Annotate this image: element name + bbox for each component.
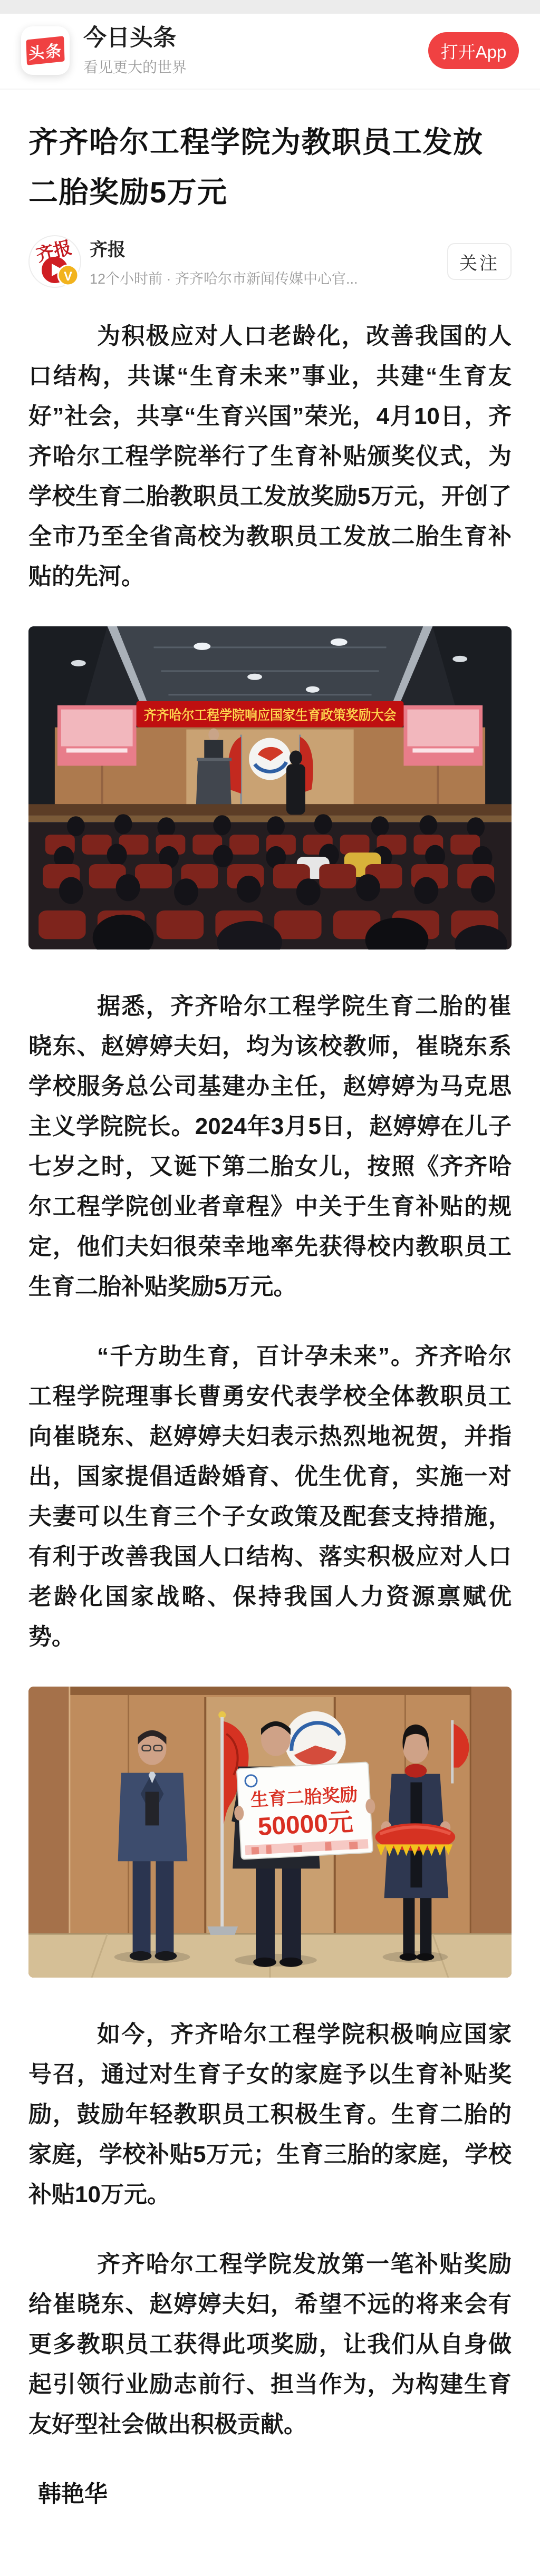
toutiao-logo-icon[interactable]: 头条 bbox=[21, 26, 70, 75]
author-meta: 12个小时前 · 齐齐哈尔市新闻传媒中心官... bbox=[90, 267, 358, 288]
article-body: 为积极应对人口老龄化，改善我国的人口结构，共谋“生育未来”事业，共建“生育友好”… bbox=[28, 316, 512, 2445]
author-name[interactable]: 齐报 bbox=[90, 235, 358, 261]
placard-amount: 50000元 bbox=[257, 1808, 354, 1841]
author-info: 齐报 12个小时前 · 齐齐哈尔市新闻传媒中心官... bbox=[90, 235, 358, 288]
app-header: 头条 今日头条 看见更大的世界 打开App bbox=[0, 14, 540, 90]
author-signature: 韩艳华 bbox=[28, 2474, 512, 2514]
paragraph-3: “千方助生育，百计孕未来”。齐齐哈尔工程学院理事长曹勇安代表学校全体教职员工向崔… bbox=[28, 1337, 512, 1657]
article: 齐齐哈尔工程学院为教职员工发放二胎奖励5万元 齐报 V 齐报 12个小时前 · … bbox=[0, 117, 540, 2538]
ceremony-hall-photo[interactable]: 齐齐哈尔工程学院响应国家生育政策奖励大会 bbox=[28, 626, 512, 950]
toutiao-logo-text: 头条 bbox=[26, 36, 64, 65]
article-title: 齐齐哈尔工程学院为教职员工发放二胎奖励5万元 bbox=[28, 117, 512, 217]
paragraph-4: 如今，齐齐哈尔工程学院积极响应国家号召，通过对生育子女的家庭予以生育补贴奖励，鼓… bbox=[28, 2015, 512, 2215]
author-row: 齐报 V 齐报 12个小时前 · 齐齐哈尔市新闻传媒中心官... 关注 bbox=[28, 235, 512, 288]
status-bar bbox=[0, 0, 540, 14]
paragraph-5: 齐齐哈尔工程学院发放第一笔补贴奖励给崔晓东、赵婷婷夫妇，希望不远的将来会有更多教… bbox=[28, 2244, 512, 2445]
follow-button[interactable]: 关注 bbox=[447, 243, 512, 280]
app-tagline: 看见更大的世界 bbox=[83, 56, 187, 77]
paragraph-2: 据悉，齐齐哈尔工程学院生育二胎的崔晓东、赵婷婷夫妇，均为该校教师，崔晓东系学校服… bbox=[28, 986, 512, 1307]
app-name: 今日头条 bbox=[83, 24, 187, 52]
open-app-button[interactable]: 打开App bbox=[428, 32, 519, 69]
award-presentation-photo[interactable]: 生育二胎奖励 50000元 bbox=[28, 1687, 512, 1978]
award-placard: 生育二胎奖励 50000元 bbox=[232, 1761, 378, 1859]
paragraph-1: 为积极应对人口老龄化，改善我国的人口结构，共谋“生育未来”事业，共建“生育友好”… bbox=[28, 316, 512, 597]
header-text: 今日头条 看见更大的世界 bbox=[83, 24, 187, 77]
led-banner-text: 齐齐哈尔工程学院响应国家生育政策奖励大会 bbox=[144, 708, 397, 723]
author-avatar[interactable]: 齐报 V bbox=[28, 235, 81, 288]
svg-text:V: V bbox=[64, 269, 72, 284]
school-emblem bbox=[285, 1711, 346, 1773]
